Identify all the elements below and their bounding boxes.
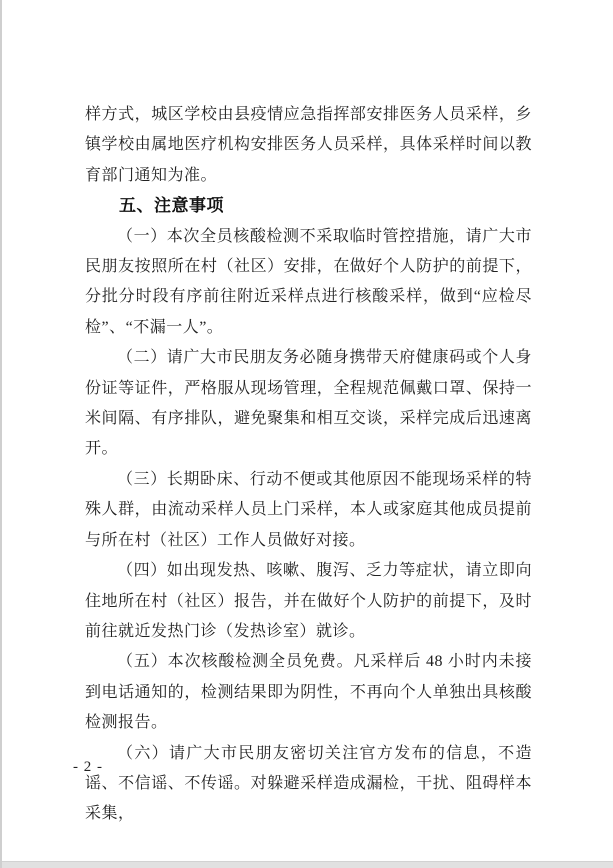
paragraph-item-1: （一）本次全员核酸检测不采取临时管控措施，请广大市民朋友按照所在村（社区）安排，… <box>85 222 532 344</box>
scan-bottom-edge <box>2 861 613 868</box>
paragraph-item-2: （二）请广大市民朋友务必随身携带天府健康码或个人身份证等证件，严格服从现场管理，… <box>85 343 532 465</box>
paragraph-continued-from-previous-page: 样方式，城区学校由县疫情应急指挥部安排医务人员采样，乡镇学校由属地医疗机构安排医… <box>85 100 532 191</box>
paragraph-item-3: （三）长期卧床、行动不便或其他原因不能现场采样的特殊人群，由流动采样人员上门采样… <box>85 465 532 556</box>
paragraph-item-5: （五）本次核酸检测全员免费。凡采样后 48 小时内未接到电话通知的，检测结果即为… <box>85 647 532 738</box>
page-number: - 2 - <box>73 758 103 776</box>
paragraph-item-6: （六）请广大市民朋友密切关注官方发布的信息，不造谣、不信谣、不传谣。对躲避采样造… <box>85 739 532 830</box>
scanned-document-page: 样方式，城区学校由县疫情应急指挥部安排医务人员采样，乡镇学校由属地医疗机构安排医… <box>0 0 613 868</box>
paragraph-item-4: （四）如出现发热、咳嗽、腹泻、乏力等症状，请立即向住地所在村（社区）报告，并在做… <box>85 556 532 647</box>
section-heading-notice-items: 五、注意事项 <box>85 191 532 221</box>
document-text-block: 样方式，城区学校由县疫情应急指挥部安排医务人员采样，乡镇学校由属地医疗机构安排医… <box>85 100 532 830</box>
